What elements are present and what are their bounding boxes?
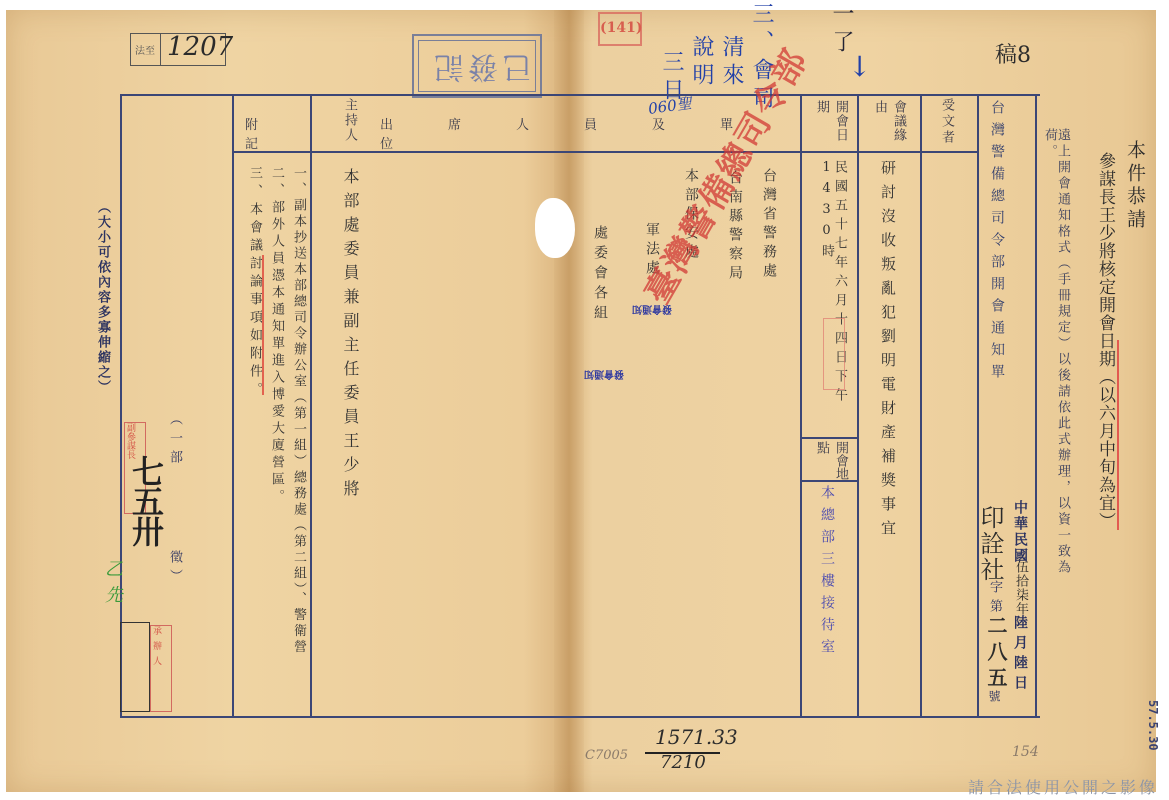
table-right-border [1035, 94, 1037, 717]
handwritten-request-1: 本件恭請 [1125, 140, 1144, 232]
fraction-top: 1571.33 [655, 725, 738, 749]
column-divider [800, 94, 802, 717]
ref-zi: 字第 [988, 580, 1001, 618]
left-code: C7005 [585, 748, 628, 763]
handwritten-note-2: 清來 [720, 35, 742, 91]
header-date-text: 開會日期 [812, 100, 850, 145]
column-divider [857, 94, 859, 717]
header-chair: 主持人 [340, 98, 359, 143]
column-divider [310, 94, 312, 717]
format-instruction: 遠上開會通知格式（手冊規定）以後請依此式辦理，以資一致為荷。 [1043, 128, 1069, 588]
date-day: 陸日 [1013, 655, 1027, 695]
ref-number: 二八五 [986, 615, 1006, 693]
red-mark-notes [262, 255, 264, 395]
location-divider-top [800, 437, 857, 439]
red-underline-mark [1117, 340, 1119, 530]
archive-label-bottom: 徵） [168, 550, 181, 588]
header-reason-text: 會議緣由 [870, 100, 908, 145]
sender-org: 台灣警備總司令部開會通知單 [990, 100, 1004, 386]
paper-hole [535, 198, 575, 258]
table-top-border [120, 94, 1040, 96]
left-red-stamp-2-text: 承辦人 [151, 626, 160, 671]
meeting-reason: 研討沒收叛亂犯劉明電財產補獎事宜 [880, 160, 895, 544]
header-location-text: 開會地點 [812, 441, 850, 481]
table-bottom-border [120, 716, 1040, 718]
handwritten-request-2: 參謀長王少將核定開會日期（以六月中旬為宜） [1096, 152, 1113, 552]
header-date: 開會日期 [812, 100, 850, 149]
attendee-1: 台灣省警務處 [762, 168, 776, 282]
attendee-stamp-2: 發會通知 [584, 368, 624, 383]
sent-stamp: 已發記 [412, 34, 542, 98]
fraction-bottom: 7210 [660, 752, 706, 773]
green-handwriting: 乙先 [105, 555, 123, 607]
handwritten-note-3: 說明 [690, 35, 712, 91]
archive-label-top: （一部 [168, 412, 181, 469]
left-margin-note: （大小可依內容多寡伸縮之） [96, 200, 109, 395]
edge-date-stamp: 57.5.30 [1146, 700, 1160, 751]
arrow-down-icon: ↓ [848, 50, 871, 83]
left-red-stamp-2: 承辦人 [150, 625, 172, 712]
left-red-stamp-1-text: 副參謀長 [125, 423, 134, 459]
chair-name: 本部處委員兼副主任委員王少將 [342, 168, 358, 508]
registration-label: 法至 [135, 42, 155, 57]
note-3: 三、本會議討論事項如附件。 [248, 166, 261, 400]
date-prefix: 中華民國 [1013, 500, 1027, 564]
ref-suffix: 號 [988, 690, 1000, 708]
small-red-stamp: (141) [598, 12, 642, 46]
meeting-location: 本總部三樓接待室 [820, 485, 834, 661]
sent-stamp-text: 已發記 [430, 48, 532, 92]
date-year: 伍拾柒年 [1014, 560, 1027, 616]
attendee-5: 處委會各組 [593, 225, 607, 325]
ref-prefix: 印詮社 [978, 505, 1002, 583]
header-location: 開會地點 [812, 441, 850, 485]
column-divider [232, 94, 234, 717]
draft-mark: 稿8 [995, 38, 1031, 69]
note-2: 二、部外人員憑本通知單進入博愛大廈營區。 [270, 166, 283, 546]
date-month: 陸月 [1013, 615, 1027, 655]
header-recipient: 受文者 [937, 98, 956, 146]
column-divider [920, 94, 922, 717]
header-reason: 會議緣由 [870, 100, 916, 149]
right-code: 154 [1012, 744, 1039, 760]
registration-number: 1207 [167, 32, 233, 62]
date-red-stamp [823, 318, 845, 390]
header-notes: 附記 [245, 114, 305, 152]
column-divider [977, 94, 979, 717]
left-signature: 七五卅 [130, 455, 162, 545]
registration-box: 法至 1207 [130, 33, 226, 66]
watermark: 請合法使用公開之影像 [968, 775, 1158, 798]
left-black-stamp [120, 622, 150, 712]
note-1: 一、副本抄送本部總司令辦公室（第一組）總務處（第二組）、警衛營 [292, 166, 305, 716]
